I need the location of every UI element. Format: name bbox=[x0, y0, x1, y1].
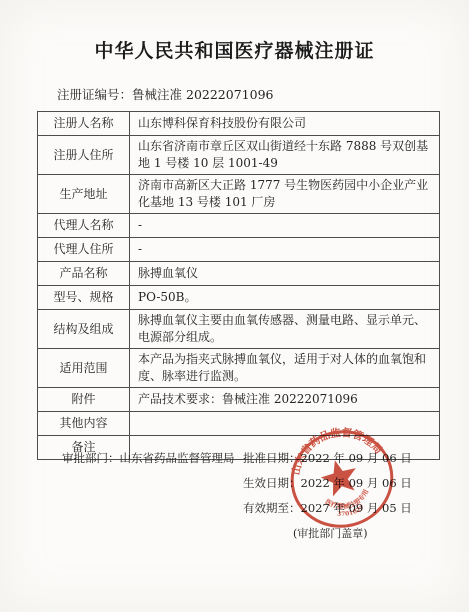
certificate-table: 注册人名称山东博科保育科技股份有限公司注册人住所山东省济南市章丘区双山街道经十东… bbox=[37, 111, 440, 460]
date-block: 批准日期：2022 年 09 月 06 日 生效日期：2022 年 09 月 0… bbox=[243, 450, 413, 541]
row-value-cell: 脉搏血氧仪 bbox=[130, 262, 440, 286]
row-value-cell: 本产品为指夹式脉搏血氧仪，适用于对人体的血氧饱和度、脉率进行监测。 bbox=[130, 349, 440, 388]
row-label-cell: 代理人住所 bbox=[38, 238, 130, 262]
approval-date-label: 批准日期： bbox=[243, 451, 301, 465]
row-value-cell: 济南市高新区大正路 1777 号生物医药园中小企业产业化基地 13 号楼 101… bbox=[130, 175, 440, 214]
registration-number-label: 注册证编号： bbox=[57, 87, 132, 102]
table-row: 注册人住所山东省济南市章丘区双山街道经十东路 7888 号双创基地 1 号楼 1… bbox=[38, 136, 440, 175]
approval-date-line: 批准日期：2022 年 09 月 06 日 bbox=[243, 450, 413, 466]
row-label-cell: 结构及组成 bbox=[38, 310, 130, 349]
row-value-cell: - bbox=[130, 238, 440, 262]
row-label-cell: 生产地址 bbox=[38, 175, 130, 214]
table-row: 代理人住所- bbox=[38, 238, 440, 262]
seal-note: (审批部门盖章) bbox=[293, 525, 413, 541]
row-label-cell: 注册人名称 bbox=[38, 112, 130, 136]
row-label-cell: 附件 bbox=[38, 388, 130, 412]
row-value-cell: 脉搏血氧仪主要由血氧传感器、测量电路、显示单元、电源部分组成。 bbox=[130, 310, 440, 349]
approval-dept-label: 审批部门： bbox=[62, 451, 120, 465]
table-row: 型号、规格PO-50B。 bbox=[38, 286, 440, 310]
row-value-cell: PO-50B。 bbox=[130, 286, 440, 310]
row-label-cell: 产品名称 bbox=[38, 262, 130, 286]
approval-date-value: 2022 年 09 月 06 日 bbox=[301, 451, 412, 465]
row-label-cell: 其他内容 bbox=[38, 412, 130, 436]
row-label-cell: 型号、规格 bbox=[38, 286, 130, 310]
expiry-date-label: 有效期至： bbox=[243, 501, 301, 515]
table-row: 其他内容 bbox=[38, 412, 440, 436]
effective-date-label: 生效日期： bbox=[243, 476, 301, 490]
table-row: 代理人名称- bbox=[38, 214, 440, 238]
approval-dept-value: 山东省药品监督管理局 bbox=[120, 451, 235, 465]
expiry-date-line: 有效期至：2027 年 09 月 05 日 bbox=[243, 500, 413, 516]
row-value-cell: 山东博科保育科技股份有限公司 bbox=[130, 112, 440, 136]
row-value-cell: 山东省济南市章丘区双山街道经十东路 7888 号双创基地 1 号楼 10 层 1… bbox=[130, 136, 440, 175]
approval-dept-line: 审批部门：山东省药品监督管理局 bbox=[62, 450, 235, 466]
table-row: 产品名称脉搏血氧仪 bbox=[38, 262, 440, 286]
effective-date-value: 2022 年 09 月 06 日 bbox=[301, 476, 412, 490]
registration-number-line: 注册证编号：鲁械注准 20222071096 bbox=[57, 85, 273, 103]
row-value-cell: 产品技术要求：鲁械注准 20222071096 bbox=[130, 388, 440, 412]
effective-date-line: 生效日期：2022 年 09 月 06 日 bbox=[243, 475, 413, 491]
registration-number-value: 鲁械注准 20222071096 bbox=[132, 87, 273, 102]
row-value-cell: - bbox=[130, 214, 440, 238]
table-row: 附件产品技术要求：鲁械注准 20222071096 bbox=[38, 388, 440, 412]
expiry-date-value: 2027 年 09 月 05 日 bbox=[301, 501, 412, 515]
table-row: 适用范围本产品为指夹式脉搏血氧仪，适用于对人体的血氧饱和度、脉率进行监测。 bbox=[38, 349, 440, 388]
certificate-table-body: 注册人名称山东博科保育科技股份有限公司注册人住所山东省济南市章丘区双山街道经十东… bbox=[38, 112, 440, 460]
row-label-cell: 代理人名称 bbox=[38, 214, 130, 238]
table-row: 注册人名称山东博科保育科技股份有限公司 bbox=[38, 112, 440, 136]
table-row: 生产地址济南市高新区大正路 1777 号生物医药园中小企业产业化基地 13 号楼… bbox=[38, 175, 440, 214]
row-value-cell bbox=[130, 412, 440, 436]
row-label-cell: 适用范围 bbox=[38, 349, 130, 388]
certificate-page: 中华人民共和国医疗器械注册证 注册证编号：鲁械注准 20222071096 注册… bbox=[0, 0, 469, 612]
certificate-title: 中华人民共和国医疗器械注册证 bbox=[0, 36, 469, 63]
table-row: 结构及组成脉搏血氧仪主要由血氧传感器、测量电路、显示单元、电源部分组成。 bbox=[38, 310, 440, 349]
row-label-cell: 注册人住所 bbox=[38, 136, 130, 175]
